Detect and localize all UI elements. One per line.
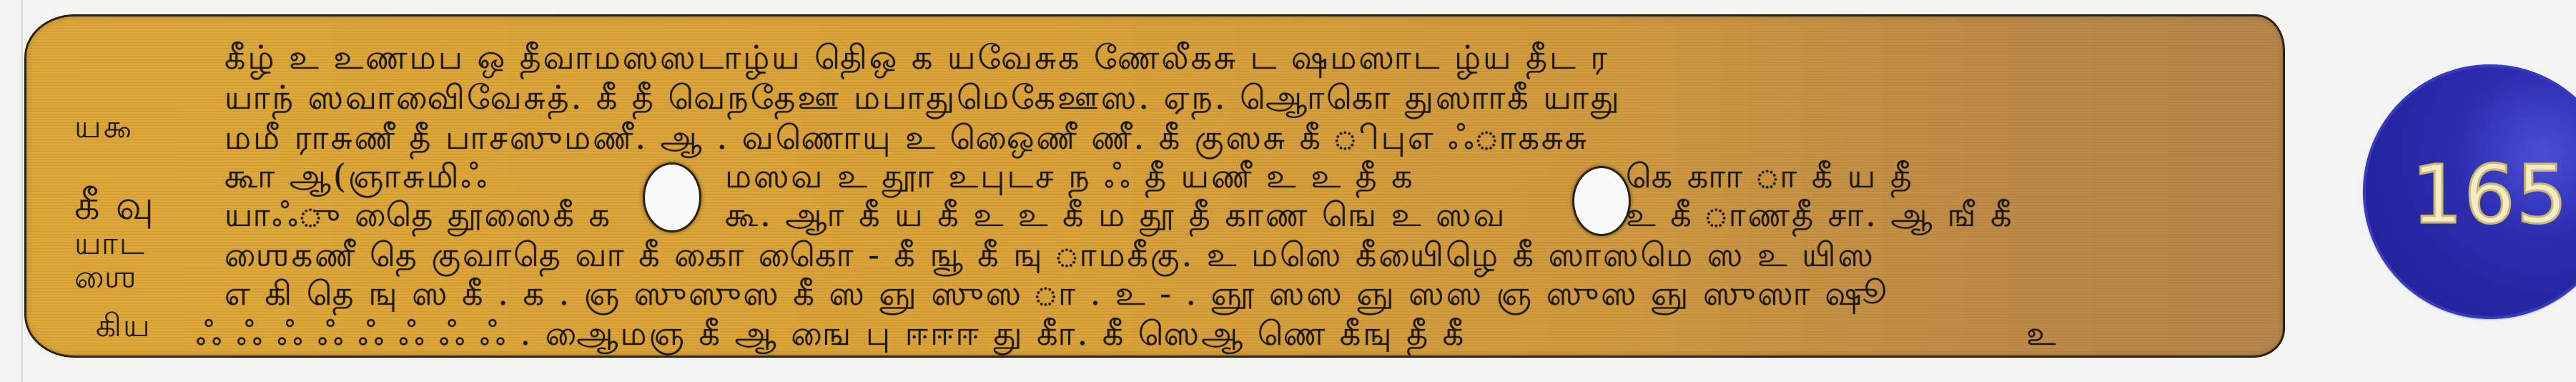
catalog-number-tag: 165 (2363, 64, 2576, 319)
palm-leaf: ய௯ கீ வு யாட ஶை கிய கீழ் உ உணமப ஒ தீவாமஸ… (24, 14, 2285, 358)
margin-note: கிய (96, 308, 152, 348)
binding-hole-right (1574, 168, 1629, 234)
catalog-number: 165 (2363, 149, 2576, 242)
binding-hole-left (645, 165, 699, 230)
margin-note: ய௯ (74, 109, 133, 150)
margin-note: ஶை (74, 259, 138, 300)
mount-board-edge (21, 0, 23, 382)
